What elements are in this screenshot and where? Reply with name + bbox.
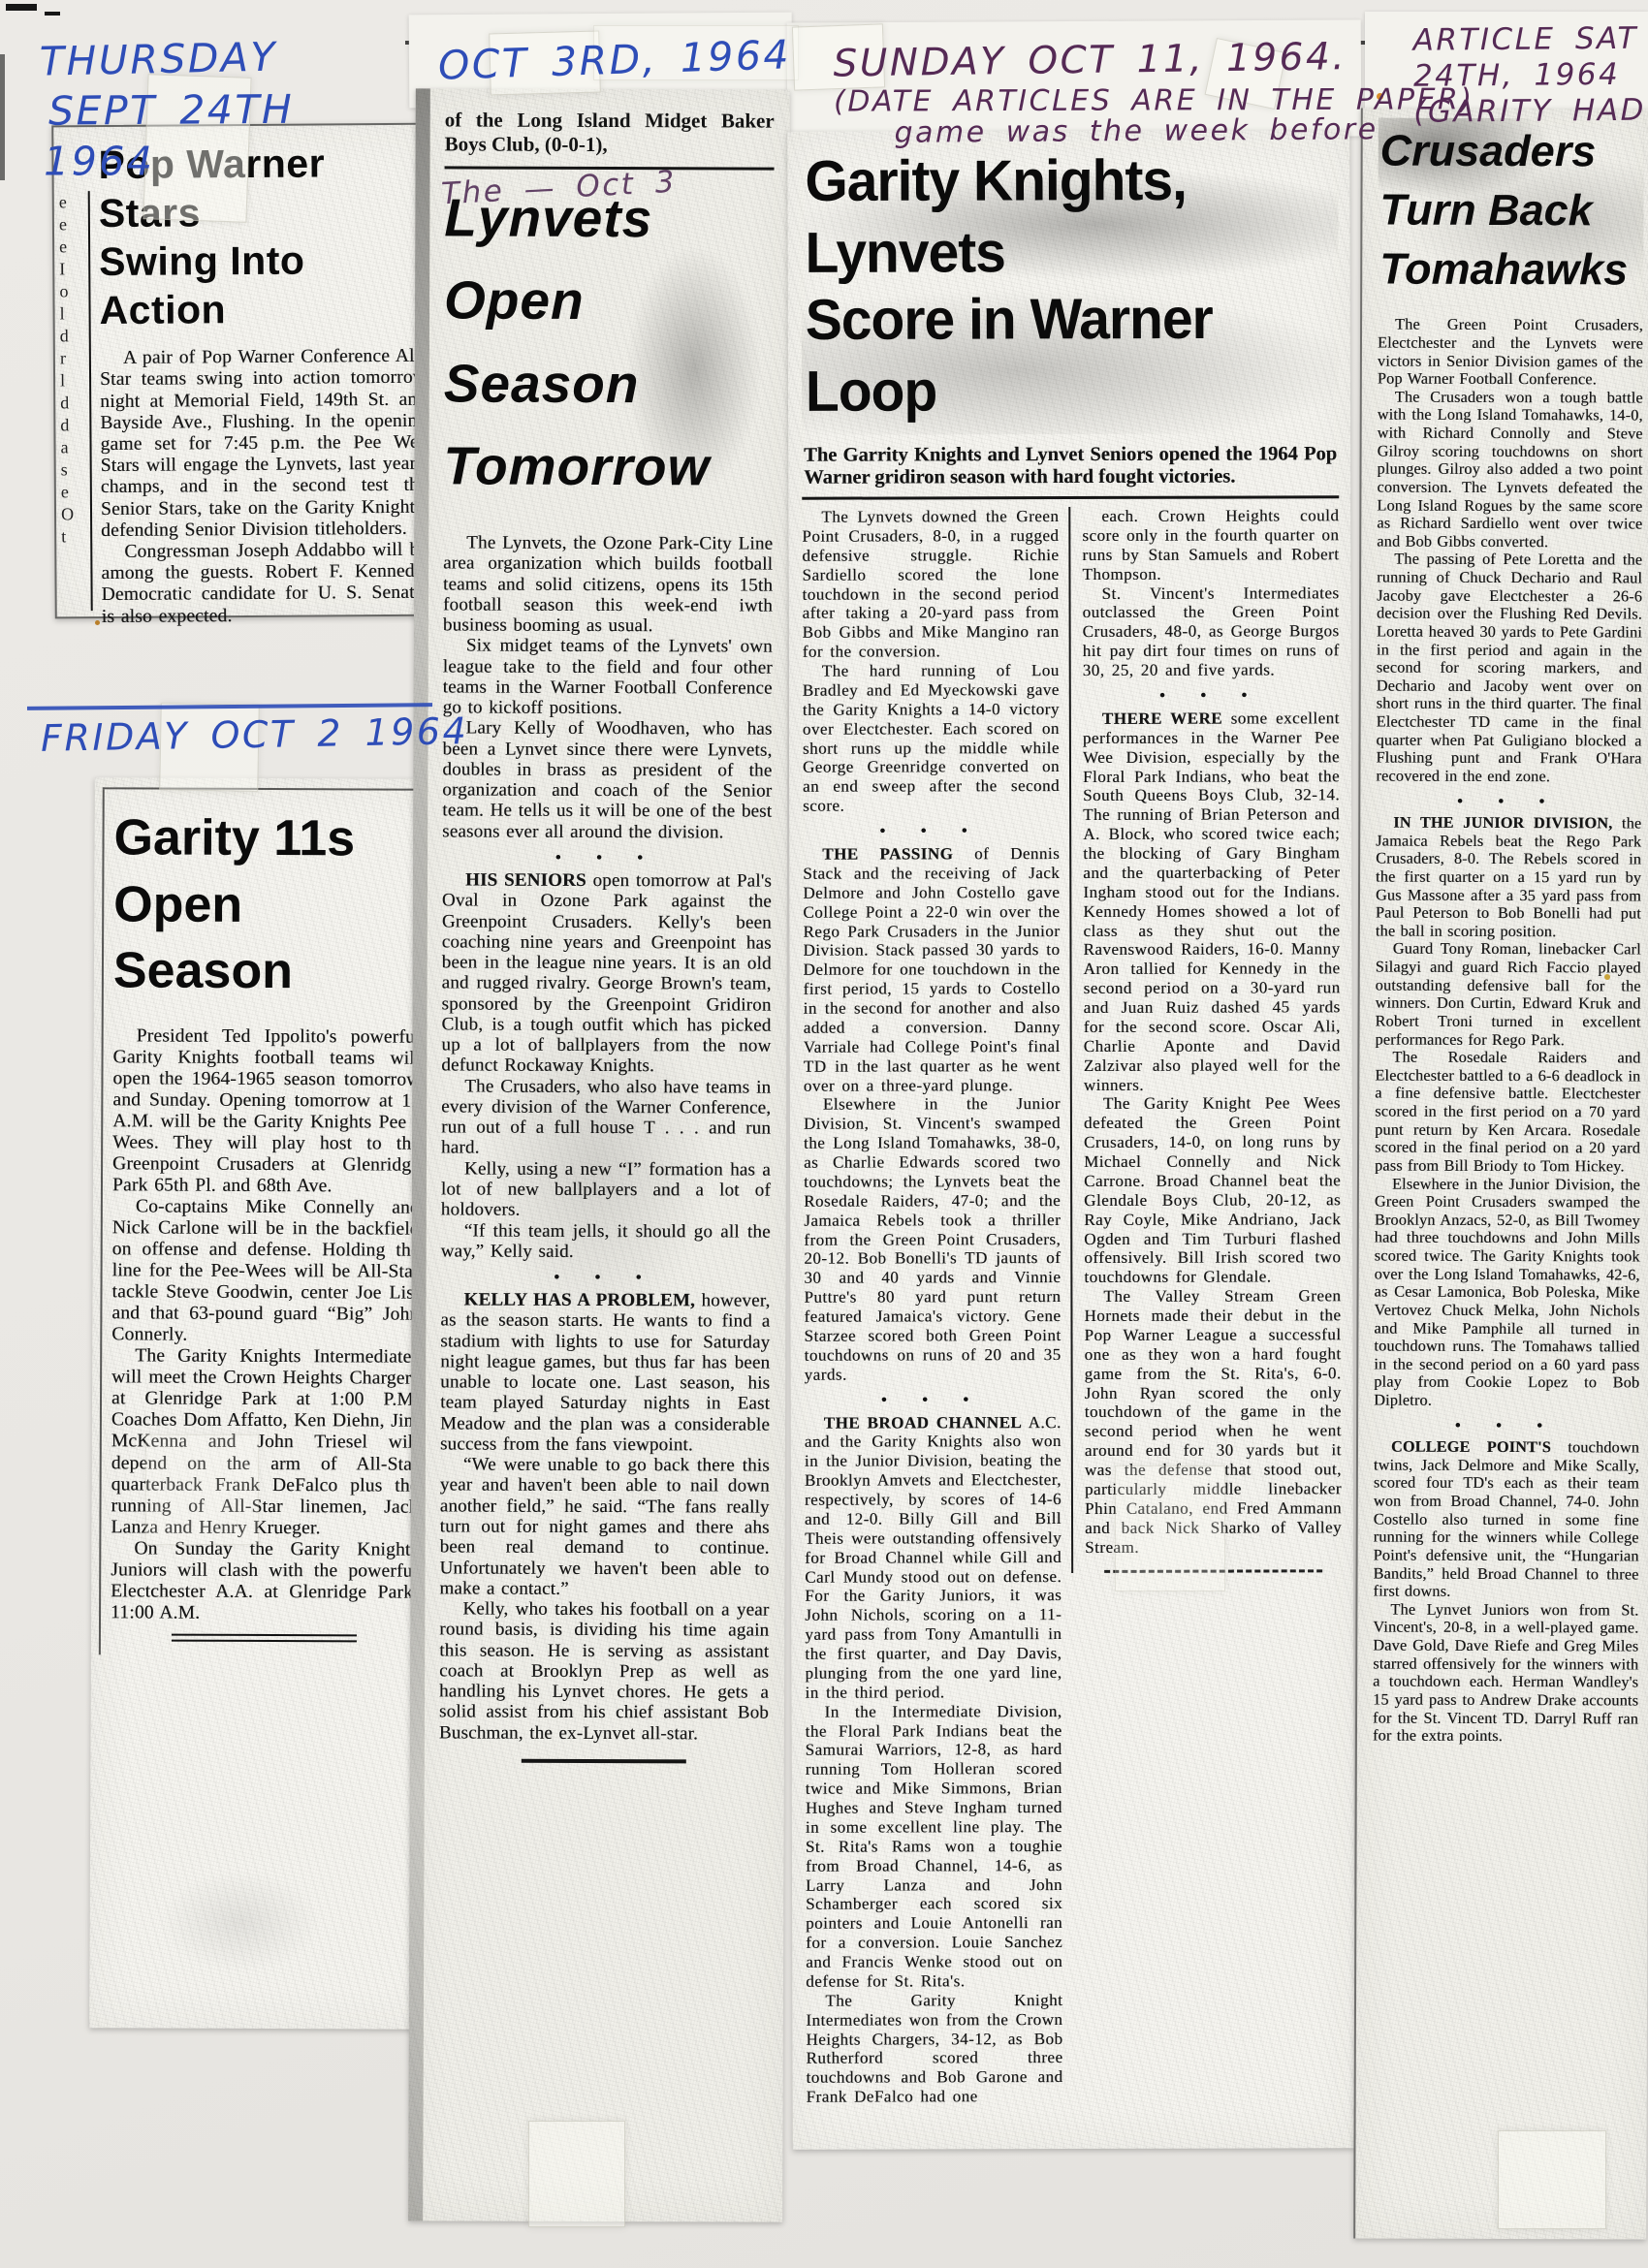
handwritten-note-thursday-sept-24: THURSDAY SEPT 24TH 1964 bbox=[39, 32, 287, 186]
article-body: The Green Point Crusaders, Electchester … bbox=[1373, 316, 1643, 1747]
paragraph: The Green Point Crusaders, Electchester … bbox=[1378, 316, 1643, 389]
speck bbox=[1604, 974, 1610, 980]
paragraph-lead: THE BROAD CHANNEL bbox=[824, 1413, 1023, 1433]
handwritten-note-sat-oct-24: ARTICLE SAT OCT. 24TH, 1964 (GARITY HAD … bbox=[1413, 19, 1648, 131]
speck bbox=[95, 620, 100, 625]
photocopy-blotch bbox=[565, 205, 779, 614]
paragraph-text: of Dennis Stack and the receiving of Jac… bbox=[803, 844, 1061, 1094]
paragraph-text: some excellent performances in the Warne… bbox=[1083, 709, 1341, 1093]
article-column-right: each. Crown Heights could score only in … bbox=[1068, 506, 1342, 1573]
paragraph-text: In the Intermediate Division, the Floral… bbox=[806, 1702, 1063, 1991]
paragraph-text: The Garity Knight Intermediates won from… bbox=[806, 1991, 1062, 2106]
headline-line: Garity 11s bbox=[113, 804, 421, 872]
paragraph-text: Lary Kelly of Woodhaven, who has been a … bbox=[442, 718, 772, 842]
section-separator: • • • bbox=[805, 1390, 1062, 1410]
tape bbox=[1115, 1465, 1225, 1591]
paragraph: Congressman Joseph Addabbo will be among… bbox=[101, 540, 428, 628]
section-separator: • • • bbox=[803, 821, 1060, 841]
paragraph-text: The hard running of Lou Bradley and Ed M… bbox=[803, 661, 1060, 815]
note-line: 1964 bbox=[44, 137, 289, 186]
paragraph-text: Co-captains Mike Connelly and Nick Carlo… bbox=[111, 1197, 420, 1345]
article-body: A pair of Pop Warner Conference All-Star… bbox=[100, 346, 428, 628]
clipping-crusaders-turn-back-tomahawks: Crusaders Turn Back Tomahawks The Green … bbox=[1353, 108, 1648, 2239]
rule bbox=[802, 495, 1339, 499]
headline-line: Swing Into Action bbox=[99, 236, 427, 334]
paragraph: THE PASSING of Dennis Stack and the rece… bbox=[803, 844, 1061, 1095]
scan-mark bbox=[45, 12, 60, 16]
paragraph-text: The Garity Knight Pee Wees defeated the … bbox=[1084, 1094, 1341, 1287]
paragraph: THE BROAD CHANNEL A.C. and the Garity Kn… bbox=[805, 1413, 1062, 1703]
paragraph: each. Crown Heights could score only in … bbox=[1082, 506, 1339, 583]
paragraph: St. Vincent's Intermediates outclassed t… bbox=[1082, 583, 1339, 680]
paragraph-text: The Green Point Crusaders, Electchester … bbox=[1378, 316, 1643, 389]
handwritten-note-sunday-oct-11: SUNDAY OCT 11, 1964. (DATE ARTICLES ARE … bbox=[833, 34, 1474, 150]
clipping-garity-11s-open-season: Garity 11s Open Season President Ted Ipp… bbox=[89, 777, 441, 2030]
section-separator: • • • bbox=[1376, 791, 1641, 811]
photocopy-blotch bbox=[430, 922, 762, 1407]
paragraph: President Ted Ippolito's powerful Garity… bbox=[112, 1025, 421, 1198]
paragraph-text: Kelly, who takes his football on a year … bbox=[439, 1599, 770, 1744]
article-end-rule bbox=[172, 1633, 356, 1642]
headline-block: Garity Knights, Lynvets Score in Warner … bbox=[801, 142, 1339, 434]
scan-mark bbox=[0, 54, 5, 180]
article-column-left: The Lynvets downed the Green Point Crusa… bbox=[802, 507, 1062, 2107]
paragraph-text: Six midget teams of the Lynvets' own lea… bbox=[443, 636, 773, 718]
headline-line: Turn Back bbox=[1379, 180, 1641, 240]
paragraph-text: each. Crown Heights could score only in … bbox=[1082, 506, 1339, 583]
paragraph-text: The Lynvets downed the Green Point Crusa… bbox=[802, 507, 1059, 661]
section-separator: • • • bbox=[1374, 1415, 1639, 1435]
scan-mark bbox=[6, 4, 37, 11]
paragraph-lead: THE PASSING bbox=[822, 844, 953, 863]
paragraph-text: touchdown twins, Jack Delmore and Mike S… bbox=[1373, 1438, 1639, 1600]
paragraph: The Lynvet Juniors won from St. Vincent'… bbox=[1373, 1600, 1639, 1746]
paragraph-lead: IN THE JUNIOR DIVISION, bbox=[1393, 814, 1612, 833]
paragraph: The Garity Knight Pee Wees defeated the … bbox=[1084, 1094, 1342, 1287]
headline-line: Tomahawks bbox=[1379, 239, 1641, 299]
paragraph-lead: HIS SENIORS bbox=[465, 870, 586, 891]
paragraph-text: A.C. and the Garity Knights also won in … bbox=[805, 1413, 1062, 1702]
headline-line: Score in Warner Loop bbox=[806, 283, 1335, 428]
paragraph-text: The Lynvet Juniors won from St. Vincent'… bbox=[1373, 1600, 1639, 1745]
section-separator: • • • bbox=[1083, 685, 1340, 706]
paragraph-text: A pair of Pop Warner Conference All-Star… bbox=[100, 346, 428, 541]
paragraph: A pair of Pop Warner Conference All-Star… bbox=[100, 346, 428, 542]
kicker-fragment: of the Long Island Midget Baker Boys Clu… bbox=[445, 108, 775, 157]
paragraph: Co-captains Mike Connelly and Nick Carlo… bbox=[111, 1196, 420, 1347]
scan-smudge bbox=[128, 1843, 352, 2000]
tape bbox=[528, 2121, 625, 2227]
paragraph-text: Elsewhere in the Junior Division, St. Vi… bbox=[804, 1094, 1062, 1383]
paragraph: Elsewhere in the Junior Division, the Gr… bbox=[1374, 1175, 1640, 1410]
paragraph: Six midget teams of the Lynvets' own lea… bbox=[443, 636, 773, 719]
headline-line: Open Season bbox=[113, 871, 422, 1006]
paragraph-text: Elsewhere in the Junior Division, the Gr… bbox=[1374, 1175, 1640, 1409]
paragraph: Guard Tony Roman, linebacker Carl Silagy… bbox=[1375, 940, 1640, 1050]
paragraph: “We were unable to go back there this ye… bbox=[439, 1455, 770, 1600]
lede: The Garrity Knights and Lynvet Seniors o… bbox=[804, 443, 1337, 488]
margin-cutoff-letters: e e e I o l d r l d d a s e O t bbox=[54, 191, 93, 611]
tape bbox=[145, 1434, 259, 1545]
paragraph-lead: COLLEGE POINT'S bbox=[1391, 1438, 1551, 1457]
paragraph-text: the Jamaica Rebels beat the Rego Park Cr… bbox=[1376, 814, 1641, 940]
paragraph: COLLEGE POINT'S touchdown twins, Jack De… bbox=[1373, 1438, 1639, 1602]
paragraph: The Garity Knight Intermediates won from… bbox=[806, 1991, 1062, 2107]
paragraph: The Crusaders won a tough battle with th… bbox=[1377, 388, 1643, 551]
paragraph-text: St. Vincent's Intermediates outclassed t… bbox=[1083, 583, 1340, 679]
paragraph-text: Congressman Joseph Addabbo will be among… bbox=[101, 540, 428, 627]
headline-line: Garity Knights, Lynvets bbox=[805, 144, 1334, 290]
paragraph: In the Intermediate Division, the Floral… bbox=[806, 1702, 1063, 1992]
headline-block: Crusaders Turn Back Tomahawks bbox=[1378, 118, 1644, 307]
paragraph-text: Guard Tony Roman, linebacker Carl Silagy… bbox=[1375, 940, 1640, 1049]
paragraph: The passing of Pete Loretta and the runn… bbox=[1376, 551, 1642, 786]
paragraph: The Rosedale Raiders and Electchester ba… bbox=[1375, 1049, 1640, 1176]
note-line: SEPT 24TH bbox=[48, 85, 295, 137]
note-line: ARTICLE SAT OCT. bbox=[1413, 19, 1648, 59]
paragraph-lead: THERE WERE bbox=[1102, 709, 1222, 727]
paragraph: Kelly, who takes his football on a year … bbox=[439, 1599, 770, 1745]
paragraph: Lary Kelly of Woodhaven, who has been a … bbox=[442, 718, 772, 843]
paragraph: The hard running of Lou Bradley and Ed M… bbox=[803, 661, 1060, 816]
paragraph: The Lynvets downed the Green Point Crusa… bbox=[802, 507, 1059, 662]
paragraph: THERE WERE some excellent performances i… bbox=[1083, 709, 1341, 1094]
scrapbook-page: THURSDAY SEPT 24TH 1964 e e e I o l d r … bbox=[0, 0, 1648, 2268]
paragraph-text: President Ted Ippolito's powerful Garity… bbox=[112, 1025, 421, 1196]
paragraph-text: The Rosedale Raiders and Electchester ba… bbox=[1375, 1049, 1640, 1176]
paragraph: Elsewhere in the Junior Division, St. Vi… bbox=[804, 1094, 1062, 1384]
article-end-rule bbox=[522, 1759, 686, 1764]
paragraph: IN THE JUNIOR DIVISION, the Jamaica Rebe… bbox=[1376, 814, 1641, 941]
clipping-lynvets-open-season: of the Long Island Midget Baker Boys Clu… bbox=[408, 88, 790, 2221]
handwritten-note-friday-oct-2: FRIDAY OCT 2 1964 bbox=[41, 709, 469, 760]
note-line: (GARITY HAD A BYE?) bbox=[1413, 92, 1648, 132]
paragraph-text: On Sunday the Garity Knights Juniors wil… bbox=[111, 1538, 418, 1622]
note-line: THURSDAY bbox=[39, 32, 285, 87]
paragraph: On Sunday the Garity Knights Juniors wil… bbox=[111, 1538, 418, 1625]
clipping-warner-loop-roundup: Garity Knights, Lynvets Score in Warner … bbox=[787, 130, 1354, 2150]
section-separator: • • • bbox=[442, 847, 772, 866]
paragraph-text: The passing of Pete Loretta and the runn… bbox=[1376, 551, 1642, 785]
paragraph-text: “We were unable to go back there this ye… bbox=[439, 1455, 770, 1599]
note-line: 24TH, 1964 bbox=[1413, 55, 1648, 95]
tape bbox=[1498, 2130, 1606, 2229]
note-line: SUNDAY OCT 11, 1964. bbox=[833, 34, 1474, 85]
paragraph-text: The Crusaders won a tough battle with th… bbox=[1377, 388, 1643, 551]
note-line: game was the week before bbox=[894, 113, 1474, 150]
